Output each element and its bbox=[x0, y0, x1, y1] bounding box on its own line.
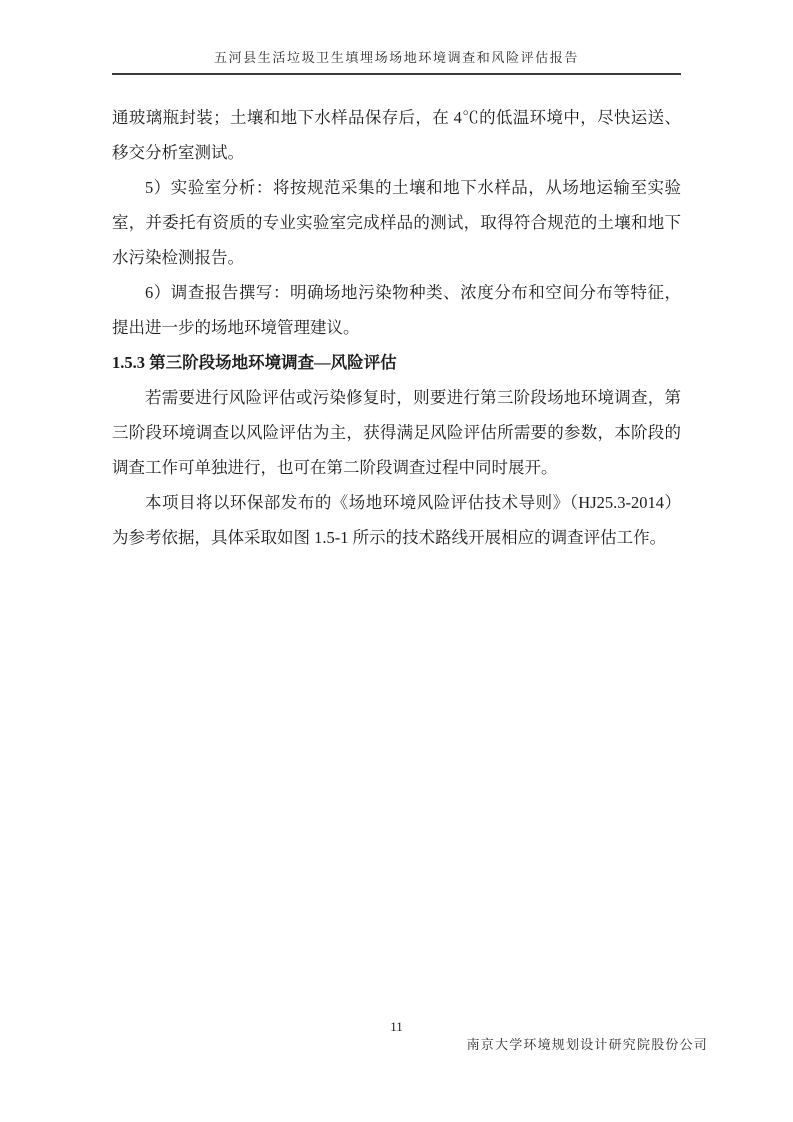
section-heading-1-5-3: 1.5.3 第三阶段场地环境调查—风险评估 bbox=[112, 345, 681, 380]
paragraph-third-stage: 若需要进行风险评估或污染修复时，则要进行第三阶段场地环境调查，第三阶段环境调查以… bbox=[112, 380, 681, 485]
page-number: 11 bbox=[0, 1018, 793, 1036]
paragraph-project-basis: 本项目将以环保部发布的《场地环境风险评估技术导则》（HJ25.3-2014）为参… bbox=[112, 485, 681, 555]
paragraph-report-writing: 6）调查报告撰写：明确场地污染物种类、浓度分布和空间分布等特征，提出进一步的场地… bbox=[112, 275, 681, 345]
header-title: 五河县生活垃圾卫生填埋场场地环境调查和风险评估报告 bbox=[214, 50, 579, 65]
document-page: 五河县生活垃圾卫生填埋场场地环境调查和风险评估报告 通玻璃瓶封装；土壤和地下水样… bbox=[0, 0, 793, 1122]
document-body: 通玻璃瓶封装；土壤和地下水样品保存后，在 4℃的低温环境中，尽快运送、移交分析室… bbox=[112, 100, 681, 555]
page-header: 五河县生活垃圾卫生填埋场场地环境调查和风险评估报告 bbox=[112, 48, 681, 75]
footer-company-name: 南京大学环境规划设计研究院股份公司 bbox=[467, 1036, 708, 1054]
paragraph-lab-analysis: 5）实验室分析：将按规范采集的土壤和地下水样品，从场地运输至实验室，并委托有资质… bbox=[112, 170, 681, 275]
paragraph-continuation: 通玻璃瓶封装；土壤和地下水样品保存后，在 4℃的低温环境中，尽快运送、移交分析室… bbox=[112, 100, 681, 170]
